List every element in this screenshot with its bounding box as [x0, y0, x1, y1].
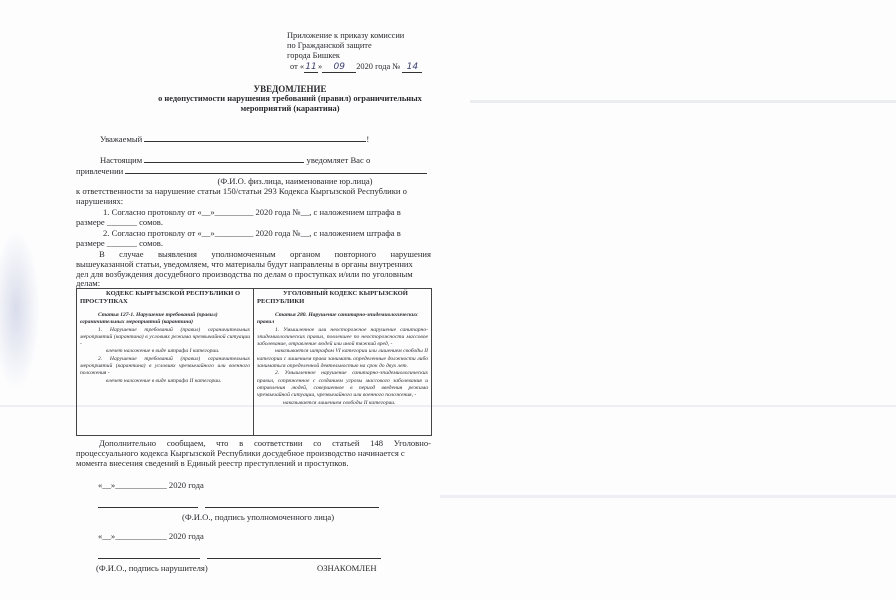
title-main: УВЕДОМЛЕНИЕ [120, 84, 460, 94]
protocol-1-line-2: размере _______ сомов. [76, 217, 163, 227]
salutation: Уважаемый ! [100, 134, 369, 144]
date-prefix: от « [290, 62, 304, 71]
signature-1-line-right[interactable] [205, 507, 379, 508]
handwritten-number: 14 [402, 62, 422, 73]
protocol-1-line-1: 1. Согласно протоколу от «__»_________ 2… [103, 207, 401, 217]
article-280-penalty-2: наказывается лишением свободы II категор… [257, 400, 428, 407]
warning-line-2: вышеуказанной статьи, уведомляем, что ма… [76, 259, 413, 269]
criminal-code-header: УГОЛОВНЫЙ КОДЕКС КЫРГЫЗСКОЙ РЕСПУБЛИКИ [257, 290, 428, 306]
warning-line-3: дел для возбуждения досудебного производ… [76, 269, 413, 279]
codes-table: КОДЕКС КЫРГЫЗСКОЙ РЕСПУБЛИКИ О ПРОСТУПКА… [76, 288, 432, 436]
article-127-1-penalty-1: влечет наложение в виде штрафа I категор… [80, 348, 250, 355]
scan-artifact [0, 230, 40, 390]
attachment-line-2: по Гражданской защите [287, 41, 422, 51]
additional-line-2: процессуального кодекса Кыргызской Респу… [76, 448, 405, 458]
article-280-penalty-1: наказывается штрафом VI категории или ли… [257, 348, 428, 370]
article-280-title: Статья 280. Нарушение санитарно-эпидемио… [257, 312, 428, 327]
scan-artifact [470, 100, 896, 103]
protocol-2-line-1: 2. Согласно протоколу от «__»_________ 2… [103, 228, 401, 238]
article-127-1-part-2: 2. Нарушение требований (правил) огранич… [80, 356, 250, 378]
present-label: Настоящим [100, 155, 142, 165]
article-280-part-1: 1. Умышленное или неосторожное нарушение… [257, 327, 428, 349]
code-of-offenses-cell: КОДЕКС КЫРГЫЗСКОЙ РЕСПУБЛИКИ О ПРОСТУПКА… [77, 289, 254, 436]
signature-1-line-left[interactable] [98, 507, 198, 508]
addressee-field[interactable] [144, 141, 366, 142]
additional-line-3: момента внесения сведений в Единый реест… [76, 458, 349, 468]
involve-label: привлечении [76, 166, 123, 176]
signature-2-line-left[interactable] [98, 558, 200, 559]
title-line-2: о недопустимости нарушения требований (п… [120, 94, 460, 104]
violator-caption: (Ф.И.О. физ.лица, наименование юр.лица) [160, 176, 430, 186]
warning-line-4: делам: [76, 278, 100, 288]
salutation-end: ! [366, 134, 369, 144]
attachment-line-1: Приложение к приказу комиссии [287, 31, 422, 41]
article-127-1-title: Статья 127-1. Нарушение требований (прав… [80, 312, 250, 327]
offenses-code-header: КОДЕКС КЫРГЫЗСКОЙ РЕСПУБЛИКИ О ПРОСТУПКА… [80, 290, 250, 306]
salutation-label: Уважаемый [100, 134, 142, 144]
date-year-text: 2020 года № [356, 62, 400, 71]
scan-artifact [440, 495, 896, 498]
violator-name-field[interactable] [125, 173, 427, 174]
handwritten-month: 09 [322, 62, 356, 73]
protocol-2-line-2: размере _______ сомов. [76, 238, 163, 248]
signature-2-date: «__»____________ 2020 года [98, 531, 204, 541]
criminal-code-cell: УГОЛОВНЫЙ КОДЕКС КЫРГЫЗСКОЙ РЕСПУБЛИКИ С… [254, 289, 432, 436]
signature-1-caption: (Ф.И.О., подпись уполномоченного лица) [182, 512, 334, 522]
liability-line-2: нарушениях: [76, 196, 123, 206]
notifies-text: уведомляет Вас о [307, 155, 371, 165]
intro-line-2: привлечении [76, 166, 427, 176]
issuer-field[interactable] [144, 162, 304, 163]
attachment-date-line: от «11»092020 года № 14 [287, 62, 422, 73]
liability-line-1: к ответственности за нарушение статьи 15… [76, 186, 407, 196]
attachment-line-3: города Бишкек [287, 51, 422, 61]
additional-line-1: Дополнительно сообщаем, что в соответств… [76, 438, 431, 448]
intro-line-1: Настоящим уведомляет Вас о [100, 155, 370, 165]
signature-1-date: «__»____________ 2020 года [98, 480, 204, 490]
handwritten-day: 11 [304, 62, 318, 73]
article-127-1-part-1: 1. Нарушение требований (правил) огранич… [80, 327, 250, 349]
article-127-1-penalty-2: влечет наложение в виде штрафа II катего… [80, 378, 250, 385]
signature-2-caption-left: (Ф.И.О., подпись нарушителя) [96, 563, 208, 573]
notice-title: УВЕДОМЛЕНИЕ о недопустимости нарушения т… [120, 84, 460, 114]
title-line-3: мероприятий (карантина) [120, 104, 460, 114]
signature-2-caption-right: ОЗНАКОМЛЕН [317, 563, 377, 573]
signature-2-line-right[interactable] [207, 558, 381, 559]
article-280-part-2: 2. Умышленное нарушение санитарно-эпидем… [257, 370, 428, 399]
attachment-header: Приложение к приказу комиссии по Граждан… [287, 31, 422, 73]
warning-line-1: В случае выявления уполномоченным органо… [76, 249, 431, 259]
